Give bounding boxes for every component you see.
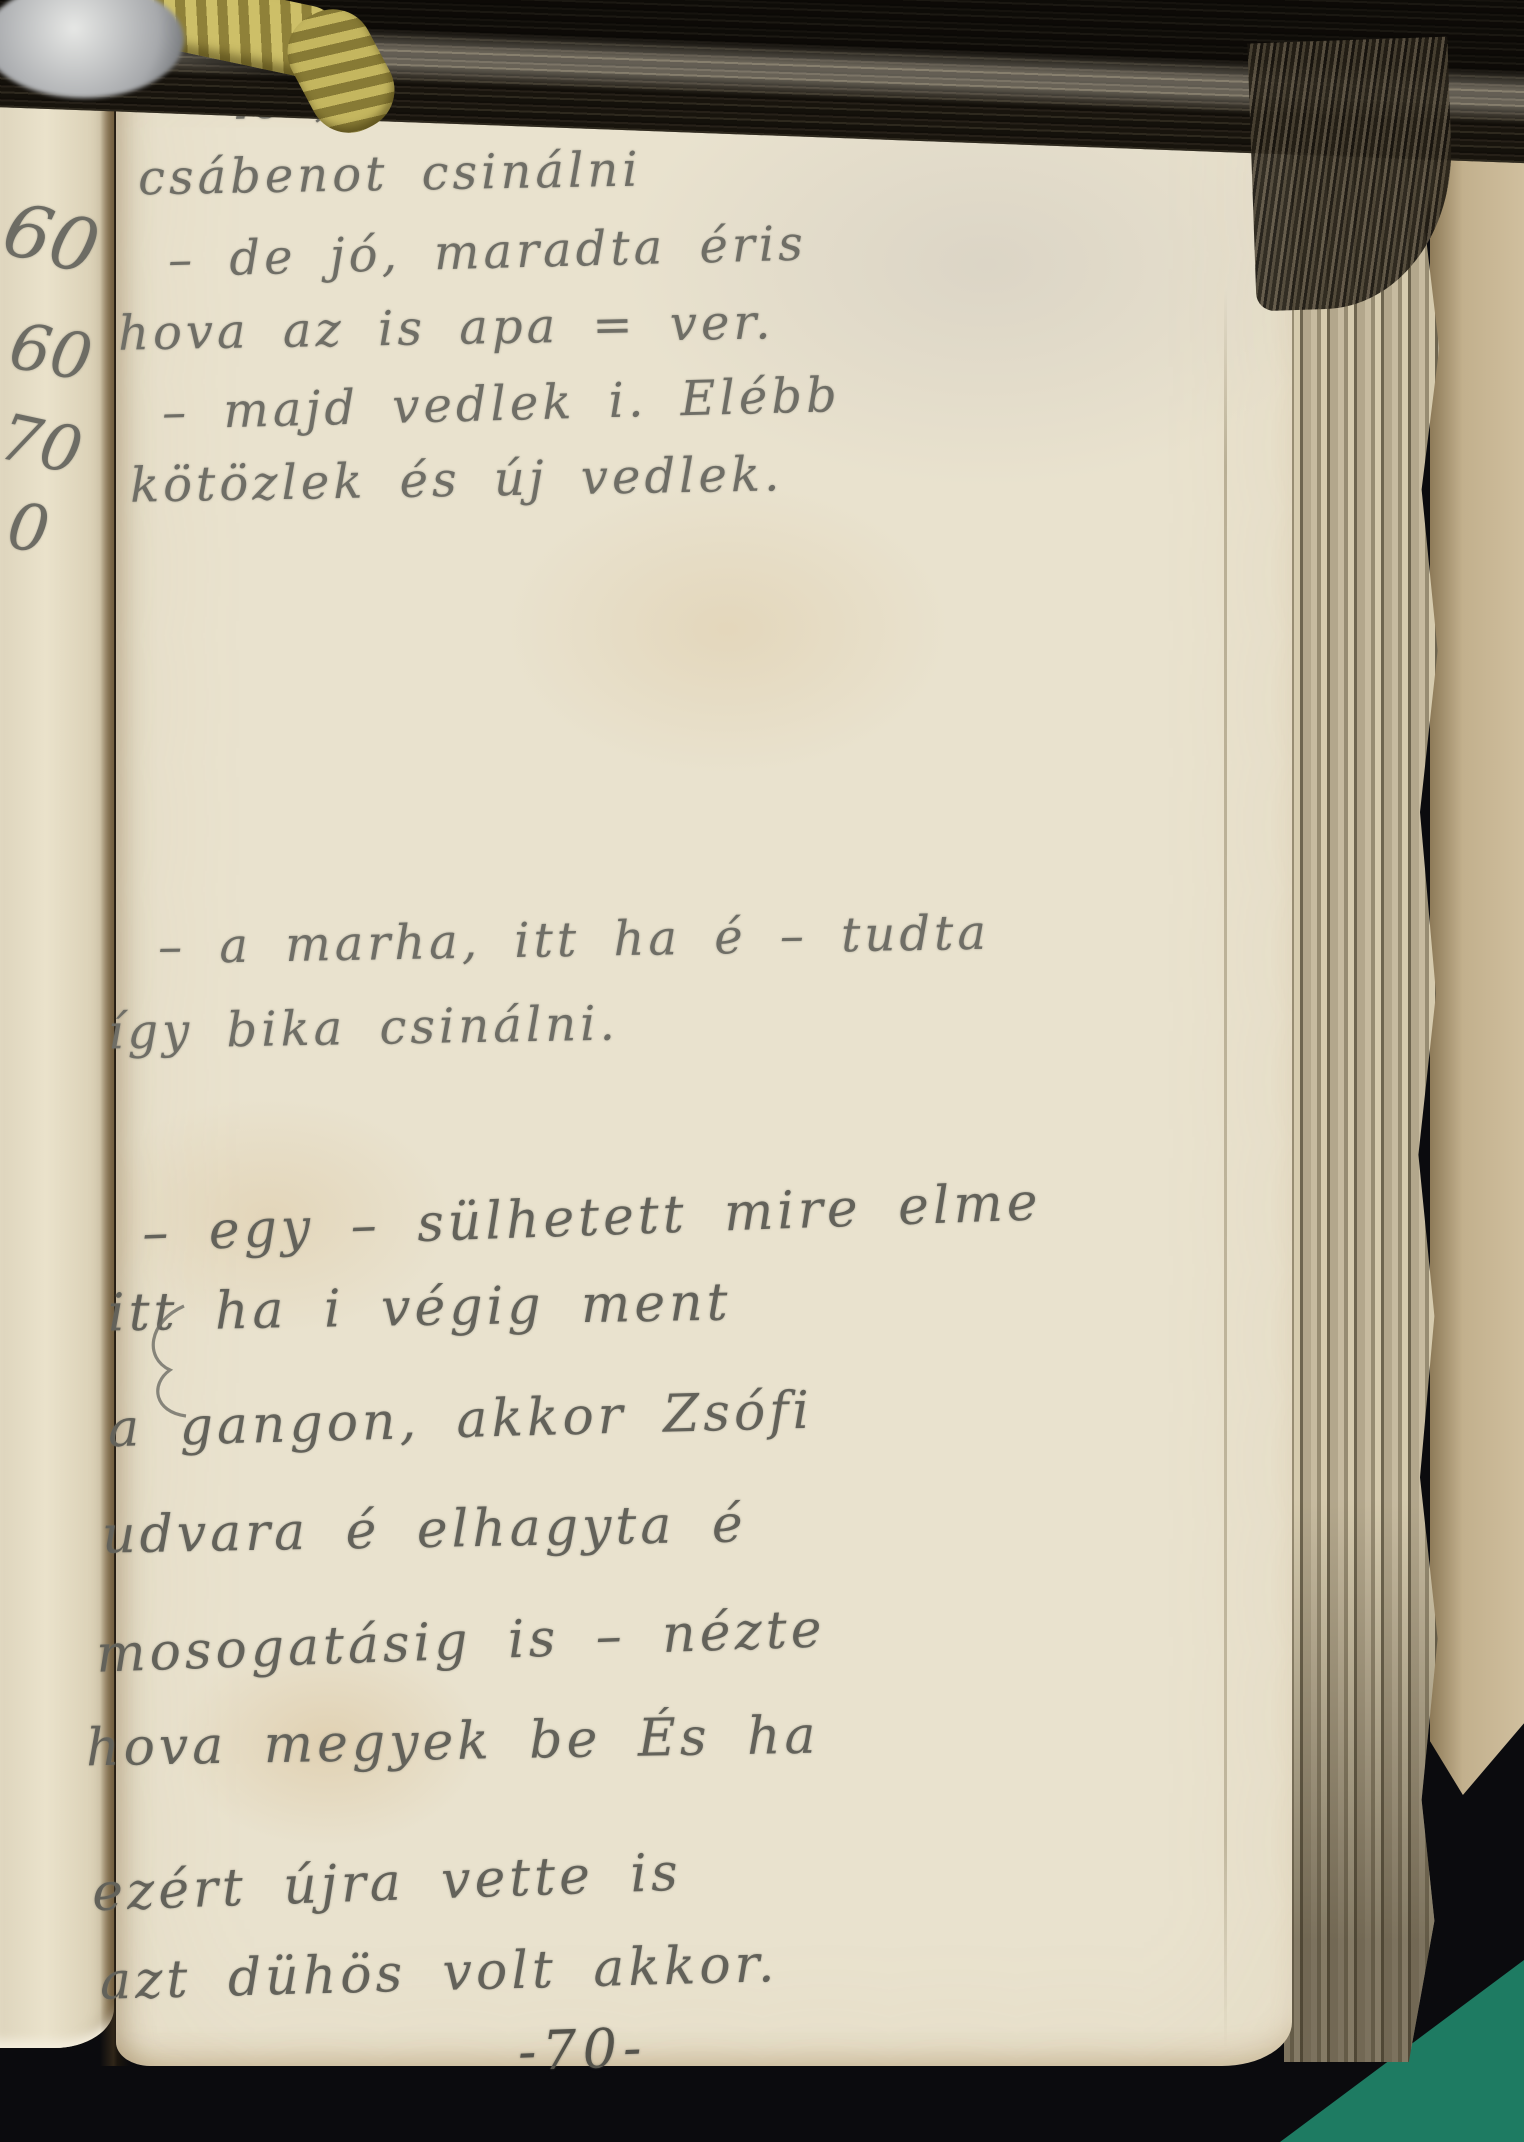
page-crease [1224,290,1227,2050]
pencil-squiggle-mark [138,1300,202,1430]
margin-number: 60 [4,309,97,396]
handwriting-line: hova az is apa = ver. [118,294,775,361]
underlying-page-edge [1430,0,1524,1795]
handwriting-line: hova megyek be És ha [86,1706,820,1779]
notebook-photo: 60 60 70 0 833 – les, les majd nabata — … [0,0,1524,2142]
handwriting-line: kötözlek és új vedlek. [130,446,784,513]
page-number: -70- [517,2016,648,2083]
margin-number: 70 [0,400,88,489]
handwriting-line: csábenot csinálni [138,142,643,207]
page-stack-right-edge [1284,46,1444,2062]
handwriting-line: így bika csinálni. [108,996,620,1061]
handwriting-line: udvara é elhagyta é [102,1494,748,1565]
